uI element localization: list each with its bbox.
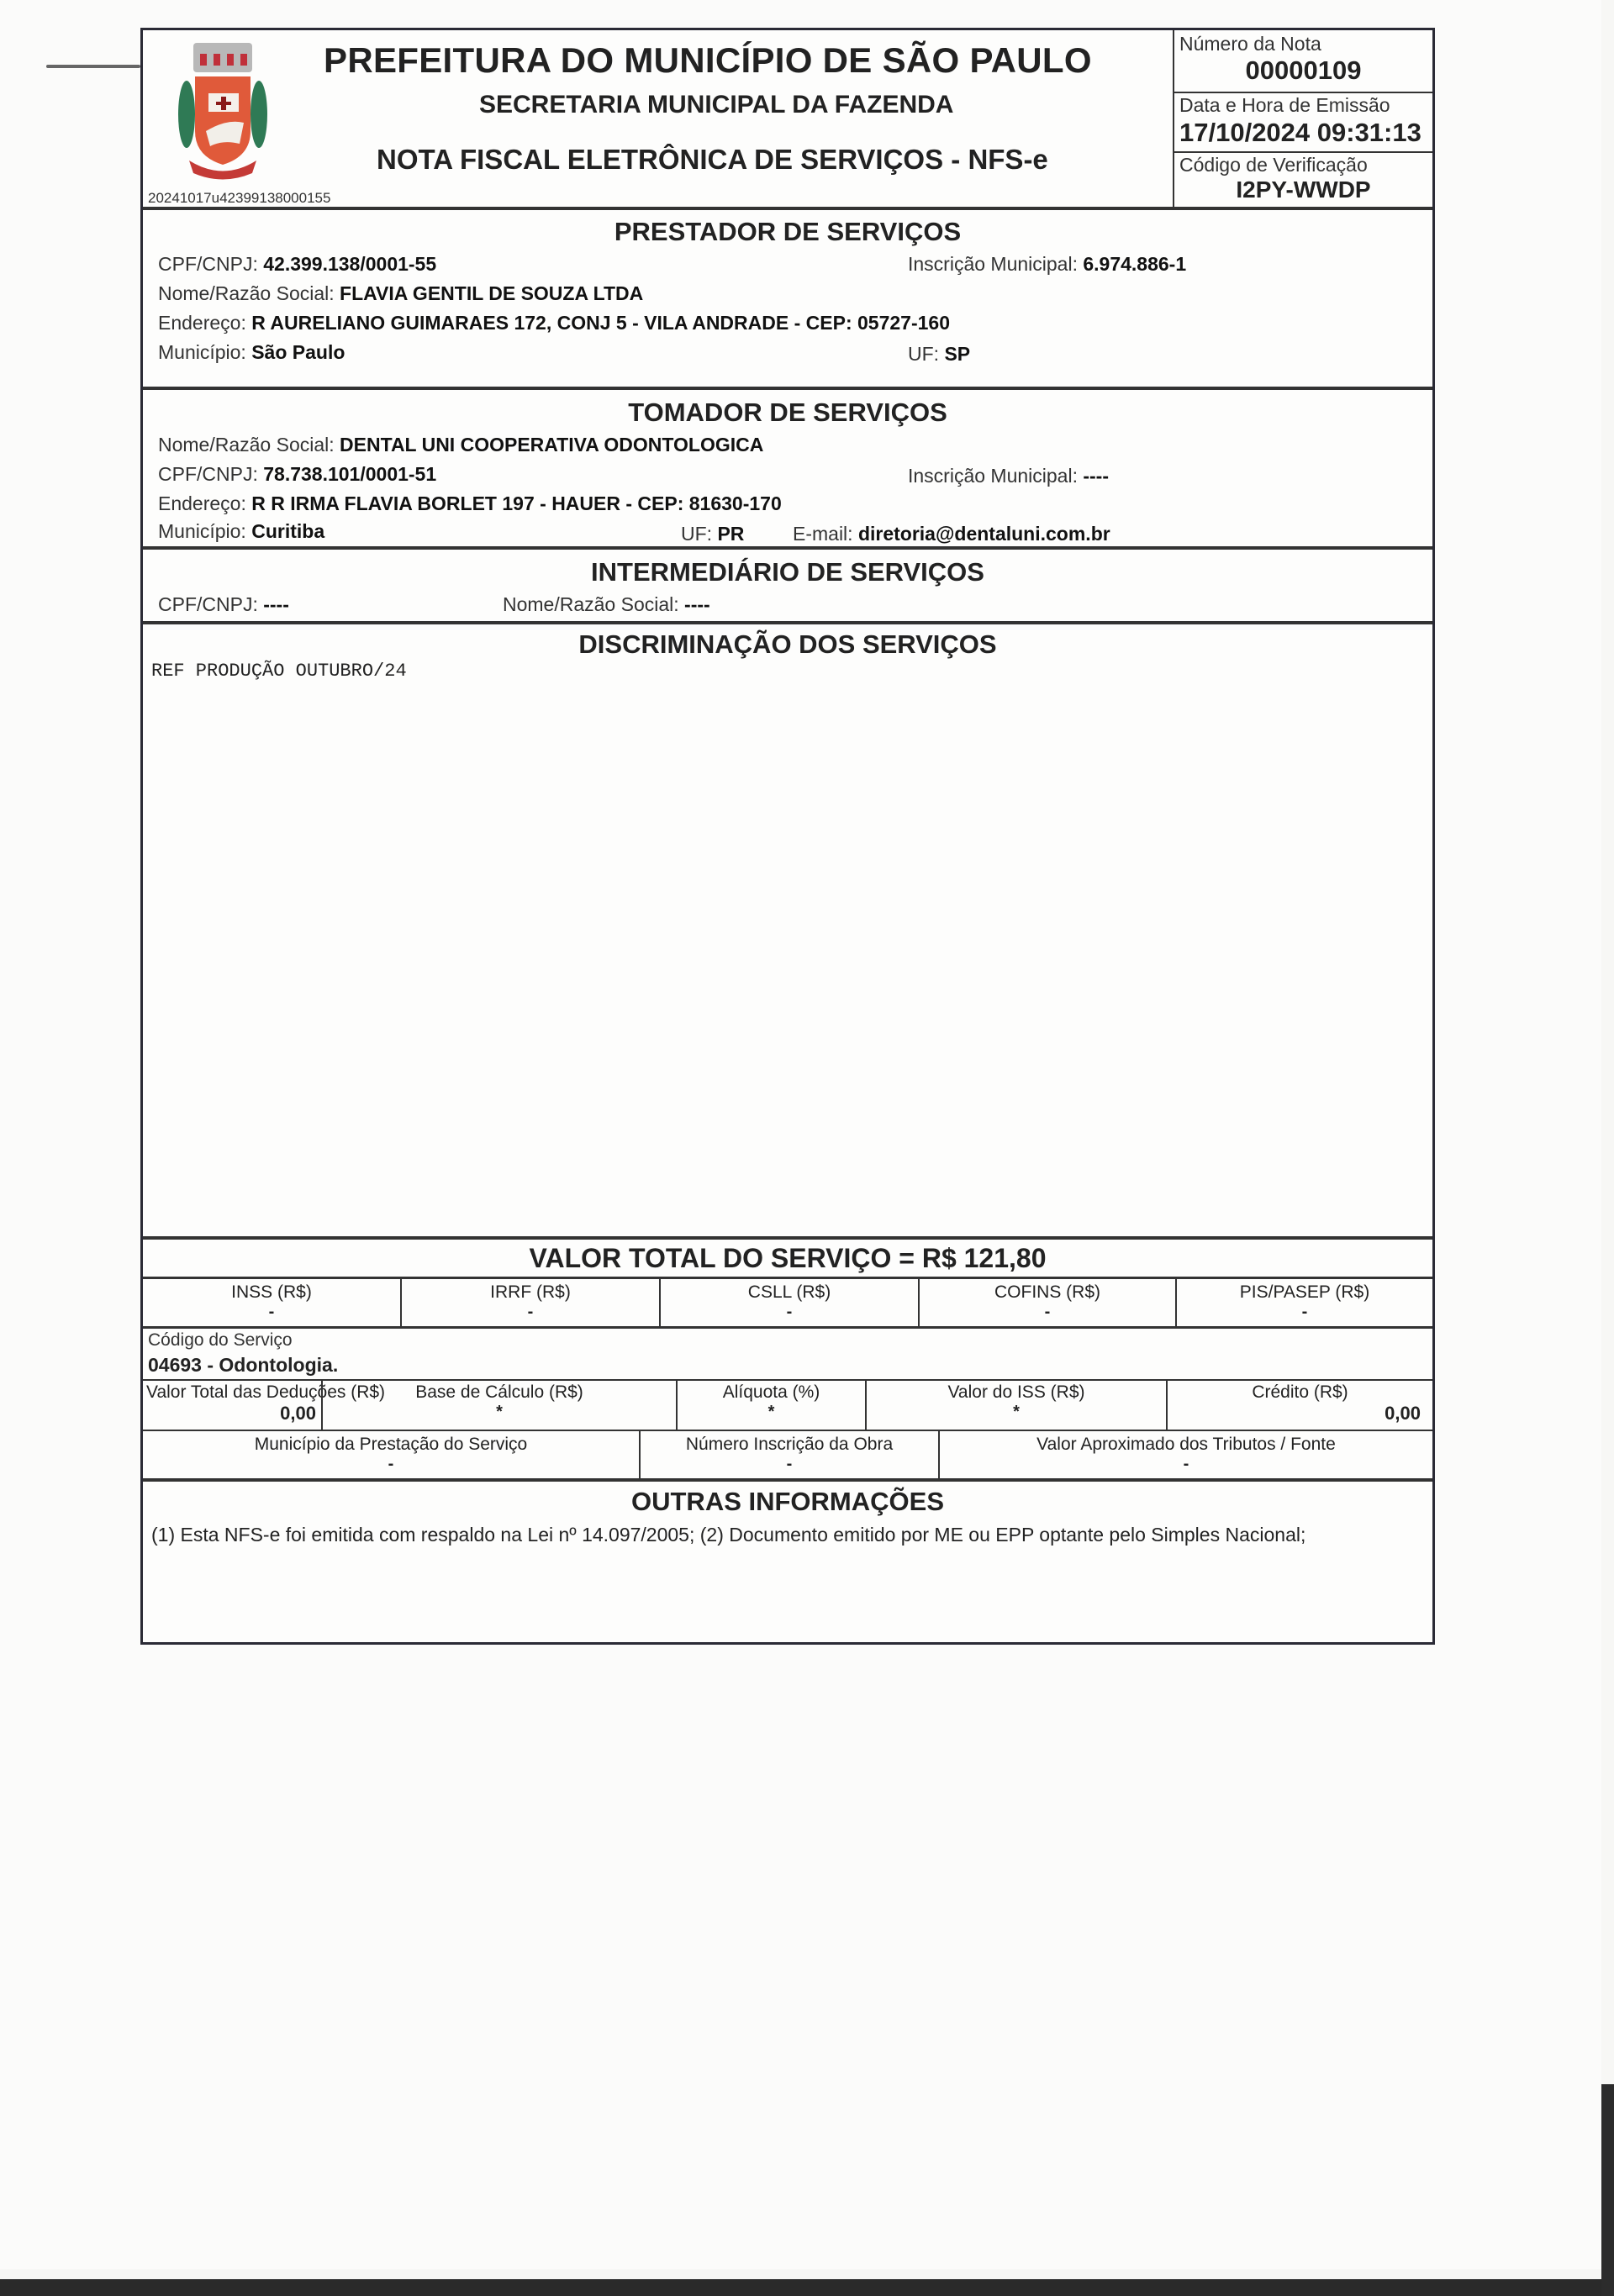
label: E-mail: [793,523,853,545]
intermediario-nome: Nome/Razão Social: ---- [503,593,710,616]
impostos-row: INSS (R$) - IRRF (R$) - CSLL (R$) - COFI… [143,1279,1432,1326]
value: - [1177,1303,1432,1322]
value: - [661,1303,918,1322]
label: Alíquota (%) [678,1382,865,1403]
outras-title: OUTRAS INFORMAÇÕES [143,1487,1432,1517]
label: Município: [158,341,246,363]
label: Nome/Razão Social: [158,282,335,304]
label: Inscrição Municipal: [908,253,1078,275]
sao-paulo-coat-of-arms-icon [177,39,269,182]
label: INSS (R$) [143,1282,400,1303]
tomador-nome: Nome/Razão Social: DENTAL UNI COOPERATIV… [158,434,763,456]
numero-inscricao-obra: Número Inscrição da Obra - [641,1431,938,1478]
header-subtitle: SECRETARIA MUNICIPAL DA FAZENDA [479,91,953,119]
value: ---- [1083,465,1109,487]
discriminacao-title: DISCRIMINAÇÃO DOS SERVIÇOS [143,629,1432,660]
municipal-row: Município da Prestação do Serviço - Núme… [143,1431,1432,1478]
label: CPF/CNPJ: [158,593,258,615]
value: - [940,1455,1432,1474]
document-title: NOTA FISCAL ELETRÔNICA DE SERVIÇOS - NFS… [377,144,1048,176]
value[interactable]: diretoria@dentaluni.com.br [858,523,1110,545]
tomador-im: Inscrição Municipal: ---- [908,465,1109,487]
prestador-im: Inscrição Municipal: 6.974.886-1 [908,253,1186,276]
tomador-email: E-mail: diretoria@dentaluni.com.br [793,523,1110,545]
divider [143,621,1432,624]
label: UF: [908,343,939,365]
divider [143,1326,1432,1329]
prestador-endereco: Endereço: R AURELIANO GUIMARAES 172, CON… [158,312,950,334]
municipio-prestacao: Município da Prestação do Serviço - [143,1431,639,1478]
aliquota: Alíquota (%) * [678,1381,865,1430]
data-emissao-label: Data e Hora de Emissão [1179,94,1390,117]
scan-shadow-bottom [0,2279,1614,2296]
value: * [678,1403,865,1422]
label: Número Inscrição da Obra [641,1435,938,1455]
divider [143,546,1432,550]
prestador-municipio: Município: São Paulo [158,341,345,364]
label: Endereço: [158,312,246,334]
label: Crédito (R$) [1168,1382,1432,1403]
label: COFINS (R$) [920,1282,1175,1303]
intermediario-cnpj: CPF/CNPJ: ---- [158,593,289,616]
outras-text: (1) Esta NFS-e foi emitida com respaldo … [151,1523,1332,1546]
divider [1174,151,1432,153]
value: - [402,1303,659,1322]
valor-total: VALOR TOTAL DO SERVIÇO = R$ 121,80 [143,1243,1432,1274]
value: * [323,1403,676,1422]
value: PR [717,523,744,545]
label: Valor Aproximado dos Tributos / Fonte [940,1435,1432,1455]
numero-nota-value: 00000109 [1174,55,1432,86]
label: PIS/PASEP (R$) [1177,1282,1432,1303]
valor-deducoes: Valor Total das Deduções (R$) 0,00 [143,1381,321,1430]
divider [143,1236,1432,1240]
barcode-text: 20241017u42399138000155 [148,190,330,207]
label: UF: [681,523,712,545]
divider [143,1478,1432,1482]
codigo-servico-label: Código do Serviço [148,1330,338,1351]
numero-nota-label: Número da Nota [1179,33,1321,55]
imposto-csll: CSLL (R$) - [661,1279,918,1326]
value: - [143,1455,639,1474]
imposto-pis-pasep: PIS/PASEP (R$) - [1177,1279,1432,1326]
imposto-cofins: COFINS (R$) - [920,1279,1175,1326]
label: CSLL (R$) [661,1282,918,1303]
codigo-verificacao-value: I2PY-WWDP [1174,176,1432,203]
label: Inscrição Municipal: [908,465,1078,487]
label: Valor Total das Deduções (R$) [143,1382,321,1403]
discriminacao-text: REF PRODUÇÃO OUTUBRO/24 [151,661,407,682]
scan-mark [46,65,140,68]
tomador-uf: UF: PR [681,523,744,545]
label: CPF/CNPJ: [158,253,258,275]
value: * [867,1403,1166,1422]
prestador-nome: Nome/Razão Social: FLAVIA GENTIL DE SOUZ… [158,282,643,305]
nfse-document: PREFEITURA DO MUNICÍPIO DE SÃO PAULO SEC… [140,28,1435,1645]
codigo-servico: Código do Serviço 04693 - Odontologia. [148,1330,338,1377]
value: 0,00 [143,1403,321,1424]
imposto-irrf: IRRF (R$) - [402,1279,659,1326]
imposto-inss: INSS (R$) - [143,1279,400,1326]
divider [143,387,1432,390]
deducoes-row: Valor Total das Deduções (R$) 0,00 Base … [143,1381,1432,1430]
value: ---- [684,593,710,615]
label: Nome/Razão Social: [158,434,335,456]
tomador-municipio: Município: Curitiba [158,520,324,543]
value: Curitiba [251,520,324,542]
data-emissao-value: 17/10/2024 09:31:13 [1179,118,1421,148]
value: 78.738.101/0001-51 [263,463,436,485]
label: Nome/Razão Social: [503,593,679,615]
value: R AURELIANO GUIMARAES 172, CONJ 5 - VILA… [251,312,950,334]
value: R R IRMA FLAVIA BORLET 197 - HAUER - CEP… [251,492,782,514]
scan-shadow-right [1601,2084,1614,2296]
label: Município: [158,520,246,542]
prestador-title: PRESTADOR DE SERVIÇOS [143,217,1432,247]
codigo-servico-value: 04693 - Odontologia. [148,1354,338,1377]
codigo-verificacao-label: Código de Verificação [1179,154,1368,176]
label: Município da Prestação do Serviço [143,1435,639,1455]
tomador-title: TOMADOR DE SERVIÇOS [143,398,1432,428]
prestador-cnpj: CPF/CNPJ: 42.399.138/0001-55 [158,253,436,276]
value: SP [944,343,970,365]
value: FLAVIA GENTIL DE SOUZA LTDA [340,282,643,304]
value: - [143,1303,400,1322]
value: São Paulo [251,341,345,363]
valor-iss: Valor do ISS (R$) * [867,1381,1166,1430]
tomador-endereco: Endereço: R R IRMA FLAVIA BORLET 197 - H… [158,492,782,515]
divider [1174,92,1432,93]
valor-aproximado-tributos: Valor Aproximado dos Tributos / Fonte - [940,1431,1432,1478]
value: - [920,1303,1175,1322]
credito: Crédito (R$) 0,00 [1168,1381,1432,1430]
value: - [641,1455,938,1474]
label: Base de Cálculo (R$) [323,1382,676,1403]
intermediario-title: INTERMEDIÁRIO DE SERVIÇOS [143,557,1432,587]
prestador-uf: UF: SP [908,343,970,366]
header-title: PREFEITURA DO MUNICÍPIO DE SÃO PAULO [324,40,1092,81]
label: Endereço: [158,492,246,514]
value: ---- [263,593,289,615]
label: IRRF (R$) [402,1282,659,1303]
value: 6.974.886-1 [1083,253,1186,275]
divider [143,207,1432,210]
label: CPF/CNPJ: [158,463,258,485]
label: Valor do ISS (R$) [867,1382,1166,1403]
tomador-cnpj: CPF/CNPJ: 78.738.101/0001-51 [158,463,436,486]
value: 0,00 [1168,1403,1432,1424]
value: DENTAL UNI COOPERATIVA ODONTOLOGICA [340,434,763,456]
value: 42.399.138/0001-55 [263,253,436,275]
info-box: Número da Nota 00000109 Data e Hora de E… [1174,30,1432,207]
base-calculo: Base de Cálculo (R$) * [323,1381,676,1430]
